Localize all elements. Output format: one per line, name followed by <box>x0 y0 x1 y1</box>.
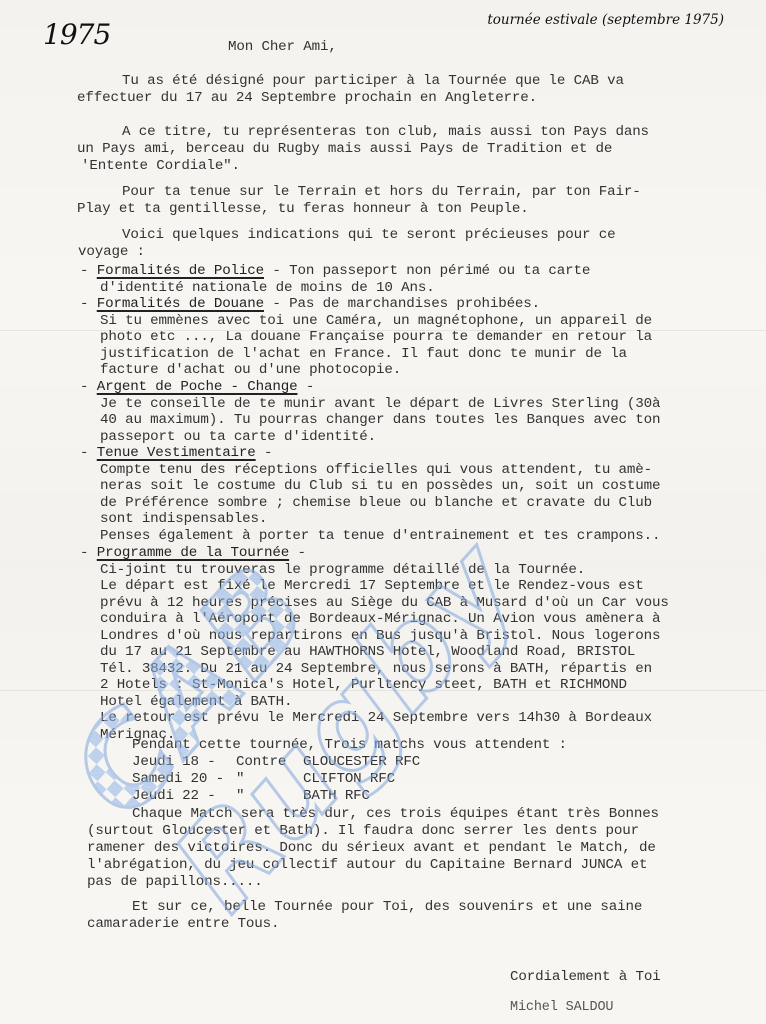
paragraph-line: voyage : <box>78 244 145 260</box>
paragraph-line: Pour ta tenue sur le Terrain et hors du … <box>122 184 641 200</box>
section-text-line: facture d'achat ou d'une photocopie. <box>100 362 401 378</box>
section-text-line: 2 Hotels : St-Monica's Hotel, Purltency … <box>100 677 627 693</box>
section-heading-line: - Programme de la Tournée - <box>80 545 306 561</box>
section-text-line: Je te conseille de te munir avant le dép… <box>100 396 660 412</box>
bullet-dash: - <box>80 263 97 279</box>
caption-label: tournée estivale (septembre 1975) <box>487 12 724 28</box>
section-text-line: Le départ est fixé le Mercredi 17 Septem… <box>100 578 644 594</box>
paragraph-line: Tu as été désigné pour participer à la T… <box>122 73 624 89</box>
bullet-dash: - <box>80 445 97 461</box>
match-team: CLIFTON RFC <box>303 771 395 787</box>
section-text-line: prévu à 12 heures précises au Siège du C… <box>100 595 669 611</box>
section-heading: Formalités de Police <box>97 263 264 279</box>
section-heading: Formalités de Douane <box>97 296 264 312</box>
section-text-line: conduira à l'Aéroport de Bordeaux-Mérign… <box>100 611 660 627</box>
paragraph-line: effectuer du 17 au 24 Septembre prochain… <box>77 90 537 106</box>
section-text: - Ton passeport non périmé ou ta carte <box>264 263 590 279</box>
paragraph-line: ramener des victoires. Donc du sérieux a… <box>87 840 656 856</box>
paragraph-line: un Pays ami, berceau du Rugby mais aussi… <box>77 141 612 157</box>
closing: Cordialement à Toi <box>510 969 661 985</box>
section-text-line: 40 au maximum). Tu pourras changer dans … <box>100 412 660 428</box>
bullet-dash: - <box>80 296 97 312</box>
match-day: Jeudi 22 - <box>132 788 216 804</box>
bullet-dash: - <box>80 545 97 561</box>
paragraph-line: l'abrégation, du jeu collectif autour du… <box>87 857 647 873</box>
salutation: Mon Cher Ami, <box>228 39 337 55</box>
section-text-line: de Préférence sombre ; chemise bleue ou … <box>100 495 652 511</box>
section-text-line: Penses également à porter ta tenue d'ent… <box>100 528 660 544</box>
bullet-dash: - <box>80 379 97 395</box>
paragraph-line: camaraderie entre Tous. <box>87 916 279 932</box>
section-text-line: neras soit le costume du Club si tu en p… <box>100 478 660 494</box>
section-text-line: Tél. 38432. Du 21 au 24 Septembre, nous … <box>100 661 652 677</box>
section-text-line: Si tu emmènes avec toi une Caméra, un ma… <box>100 313 652 329</box>
section-heading-line: - Formalités de Douane - Pas de marchand… <box>80 296 540 312</box>
section-heading-line: - Formalités de Police - Ton passeport n… <box>80 263 590 279</box>
letter-paper: 1975 tournée estivale (septembre 1975) M… <box>0 0 766 1024</box>
section-heading: Programme de la Tournée <box>97 545 289 561</box>
section-text-line: du 17 au 21 Septembre au HAWTHORNS Hotel… <box>100 644 635 660</box>
section-text-line: photo etc ..., La douane Française pourr… <box>100 329 652 345</box>
paragraph-line: pas de papillons..... <box>87 874 263 890</box>
section-text-line: Compte tenu des réceptions officielles q… <box>100 462 652 478</box>
match-team: BATH RFC <box>303 788 370 804</box>
paragraph-line: A ce titre, tu représenteras ton club, m… <box>122 124 649 140</box>
year-label: 1975 <box>43 18 110 51</box>
paragraph-line: (surtout Gloucester et Bath). Il faudra … <box>87 823 639 839</box>
section-heading-line: - Argent de Poche - Change - <box>80 379 314 395</box>
section-heading: Argent de Poche - Change <box>97 379 298 395</box>
paragraph-line: Et sur ce, belle Tournée pour Toi, des s… <box>132 899 642 915</box>
section-text-line: Hotel également à BATH. <box>100 694 292 710</box>
section-text: - <box>256 445 273 461</box>
match-versus: Contre <box>236 754 286 770</box>
section-text-line: passeport ou ta carte d'identité. <box>100 429 376 445</box>
section-heading-line: - Tenue Vestimentaire - <box>80 445 272 461</box>
match-versus: " <box>236 771 244 787</box>
section-text-line: sont indispensables. <box>100 511 267 527</box>
paragraph-line: Play et ta gentillesse, tu feras honneur… <box>77 201 529 217</box>
section-text-line: Londres d'où nous repartirons en Bus jus… <box>100 628 660 644</box>
section-text: - Pas de marchandises prohibées. <box>264 296 540 312</box>
section-text-line: Le retour est prévu le Mercredi 24 Septe… <box>100 710 652 726</box>
match-day: Samedi 20 - <box>132 771 224 787</box>
section-text-line: Ci-joint tu trouveras le programme détai… <box>100 562 585 578</box>
section-text-line: justification de l'achat en France. Il f… <box>100 346 627 362</box>
paragraph-line: 'Entente Cordiale". <box>81 158 240 174</box>
match-day: Jeudi 18 - <box>132 754 216 770</box>
section-text: - <box>289 545 306 561</box>
paragraph-line: Chaque Match sera très dur, ces trois éq… <box>132 806 659 822</box>
paragraph-line: Voici quelques indications qui te seront… <box>122 227 615 243</box>
matches-intro: Pendant cette tournée, Trois matchs vous… <box>132 737 567 753</box>
section-heading: Tenue Vestimentaire <box>97 445 256 461</box>
match-team: GLOUCESTER RFC <box>303 754 420 770</box>
section-text: - <box>297 379 314 395</box>
section-text-line: d'identité nationale de moins de 10 Ans. <box>100 280 435 296</box>
match-versus: " <box>236 788 244 804</box>
signature: Michel SALDOU <box>510 1000 613 1016</box>
